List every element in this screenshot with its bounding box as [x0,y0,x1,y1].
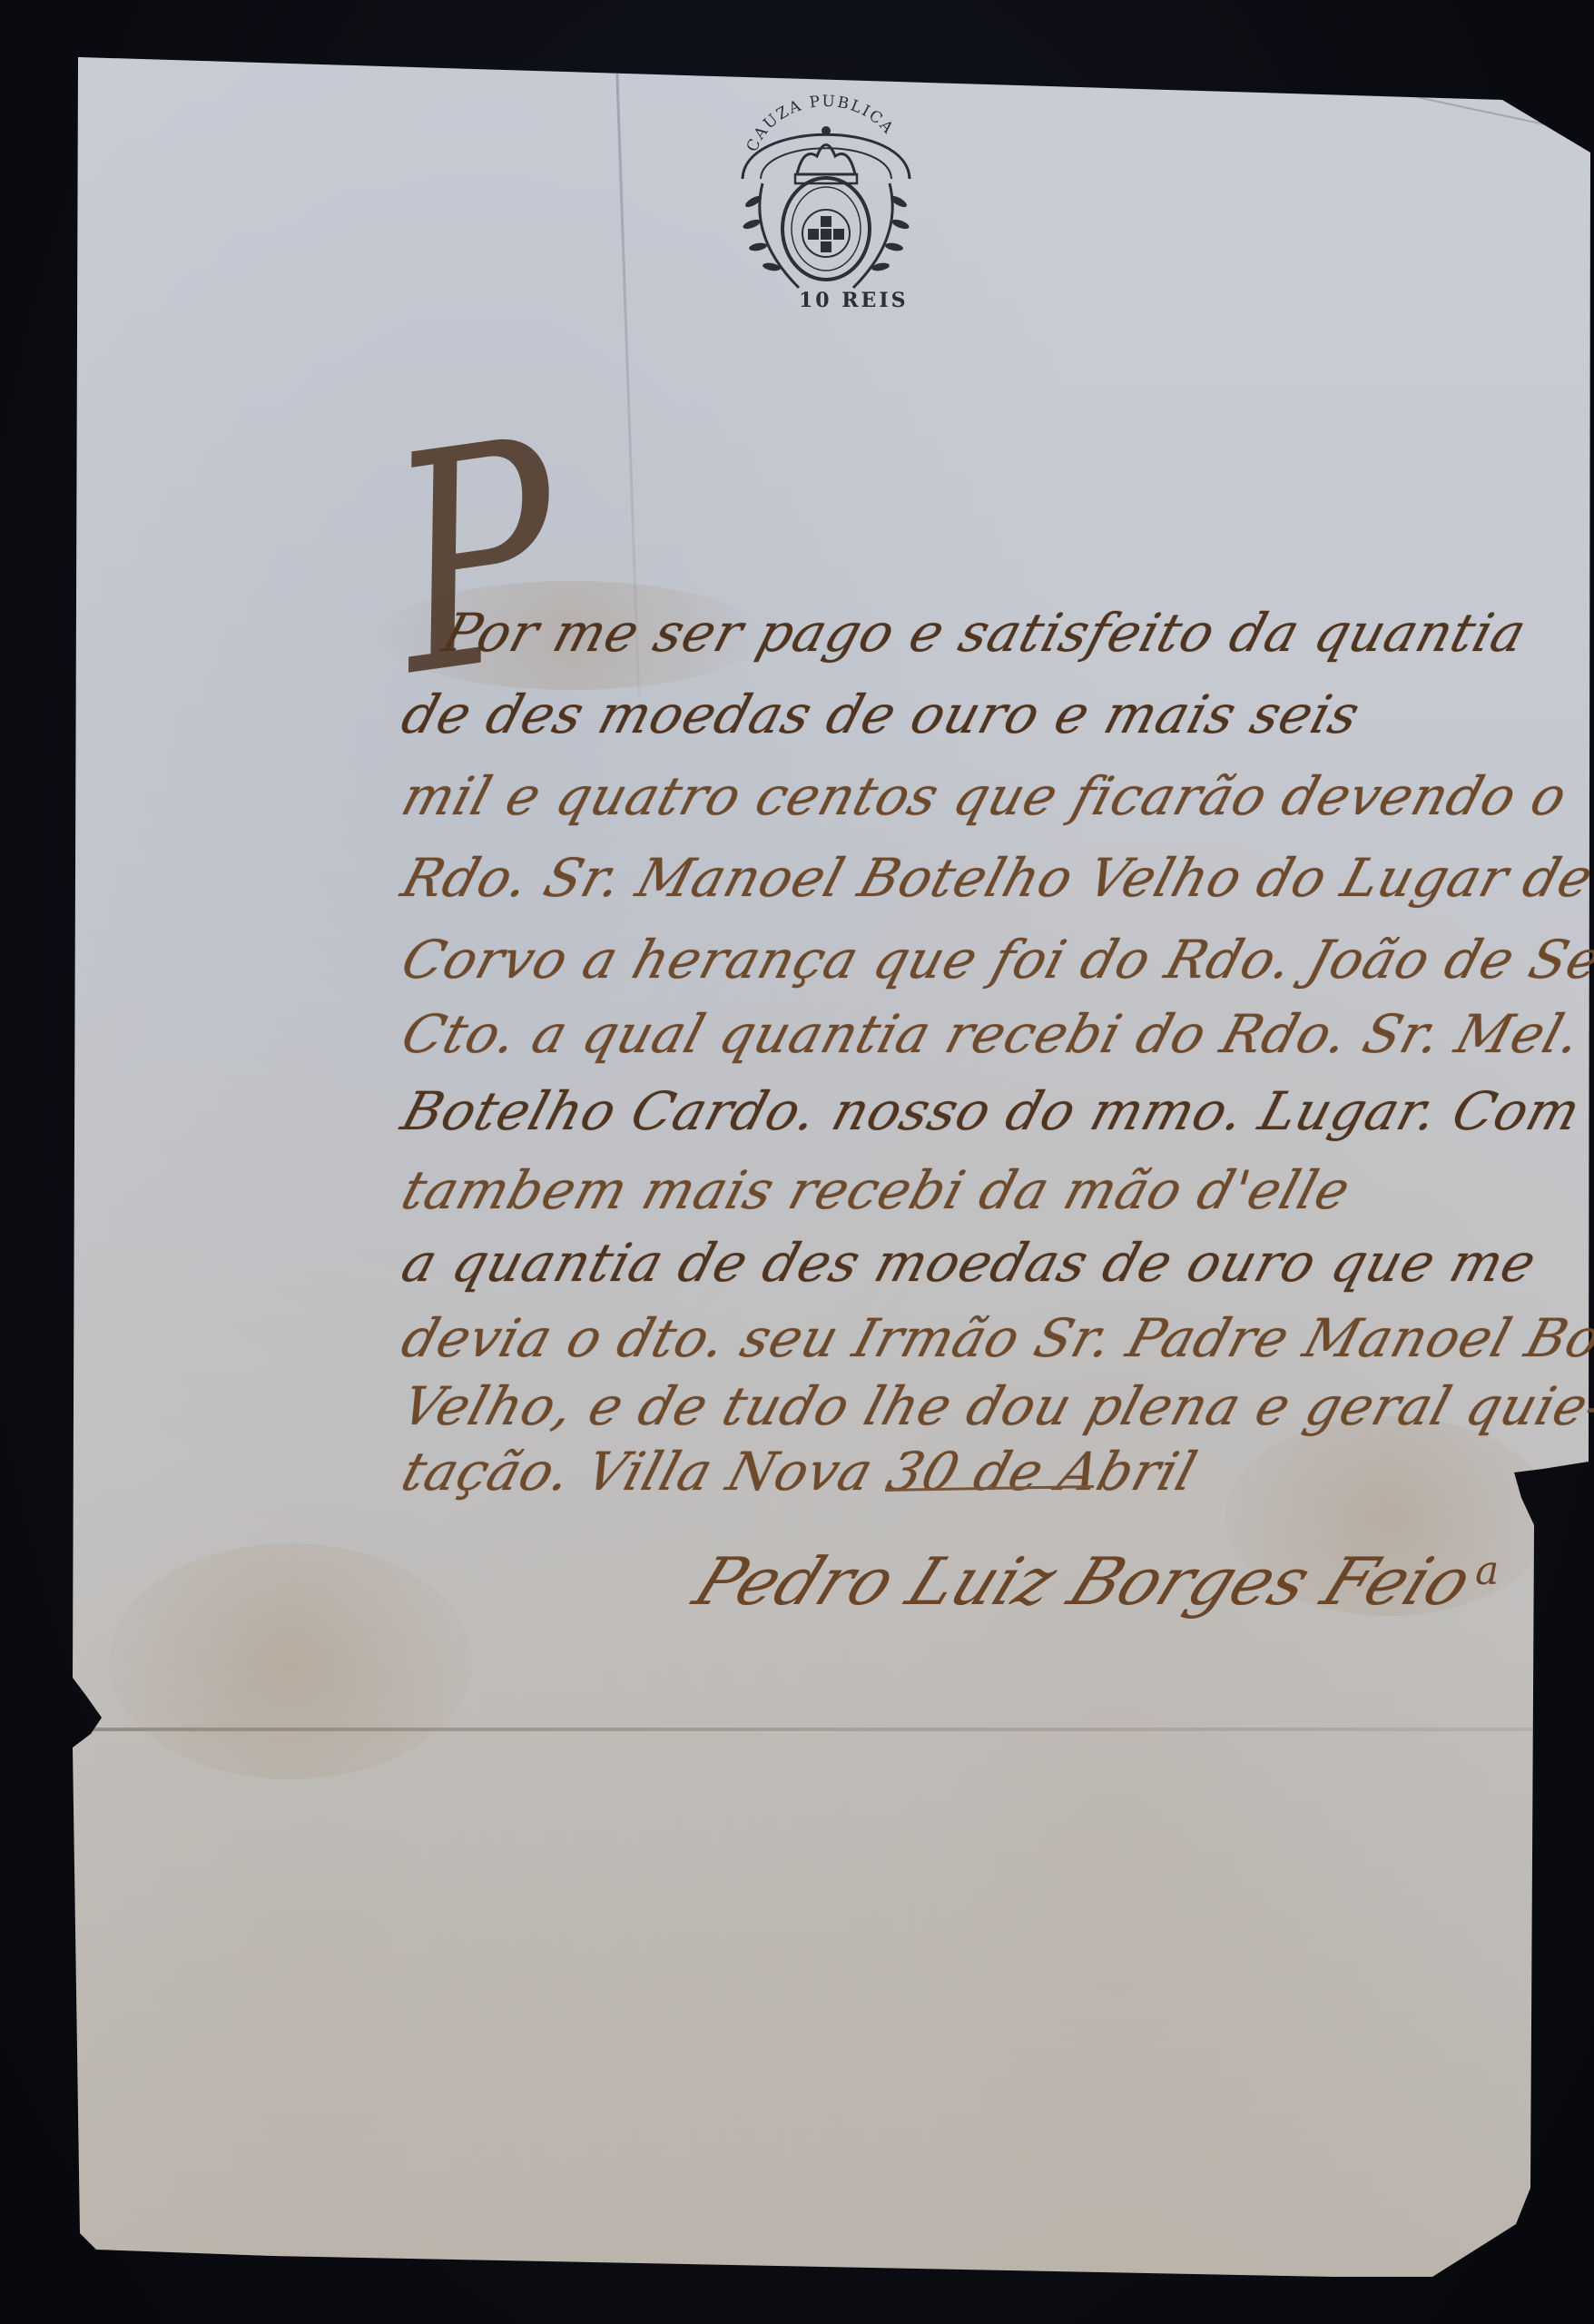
text-line-3: mil e quatro centos que ficarão devendo … [397,770,1573,822]
decorative-initial: P [377,399,578,718]
text-line-4: Rdo. Sr. Manoel Botelho Velho do Lugar d… [397,852,1594,904]
text-line-12: tação. Villa Nova 30 de Abril [397,1445,1203,1498]
text-line-11: Velho, e de tudo lhe dou plena e geral q… [397,1380,1594,1433]
text-line-1: Por me ser pago e satisfeito da quantia [438,606,1532,659]
signature-superscript: a [1475,1548,1499,1594]
text-line-7: Botelho Cardo. nosso do mmo. Lugar. Com [397,1085,1587,1137]
text-line-8: tambem mais recebi da mão d'elle [397,1164,1357,1216]
signature: Pedro Luiz Borges Feio [684,1543,1483,1620]
text-line-2: de des moedas de ouro e mais seis [397,688,1366,741]
text-line-5: Corvo a herança que foi do Rdo. João de … [397,933,1594,986]
text-line-10: devia o dto. seu Irmão Sr. Padre Manoel … [397,1312,1594,1364]
handwritten-body: P Por me ser pago e satisfeito da quanti… [0,0,1594,2324]
text-line-6: Cto. a qual quantia recebi do Rdo. Sr. M… [397,1008,1588,1060]
text-line-9: a quantia de des moedas de ouro que me [397,1236,1542,1289]
